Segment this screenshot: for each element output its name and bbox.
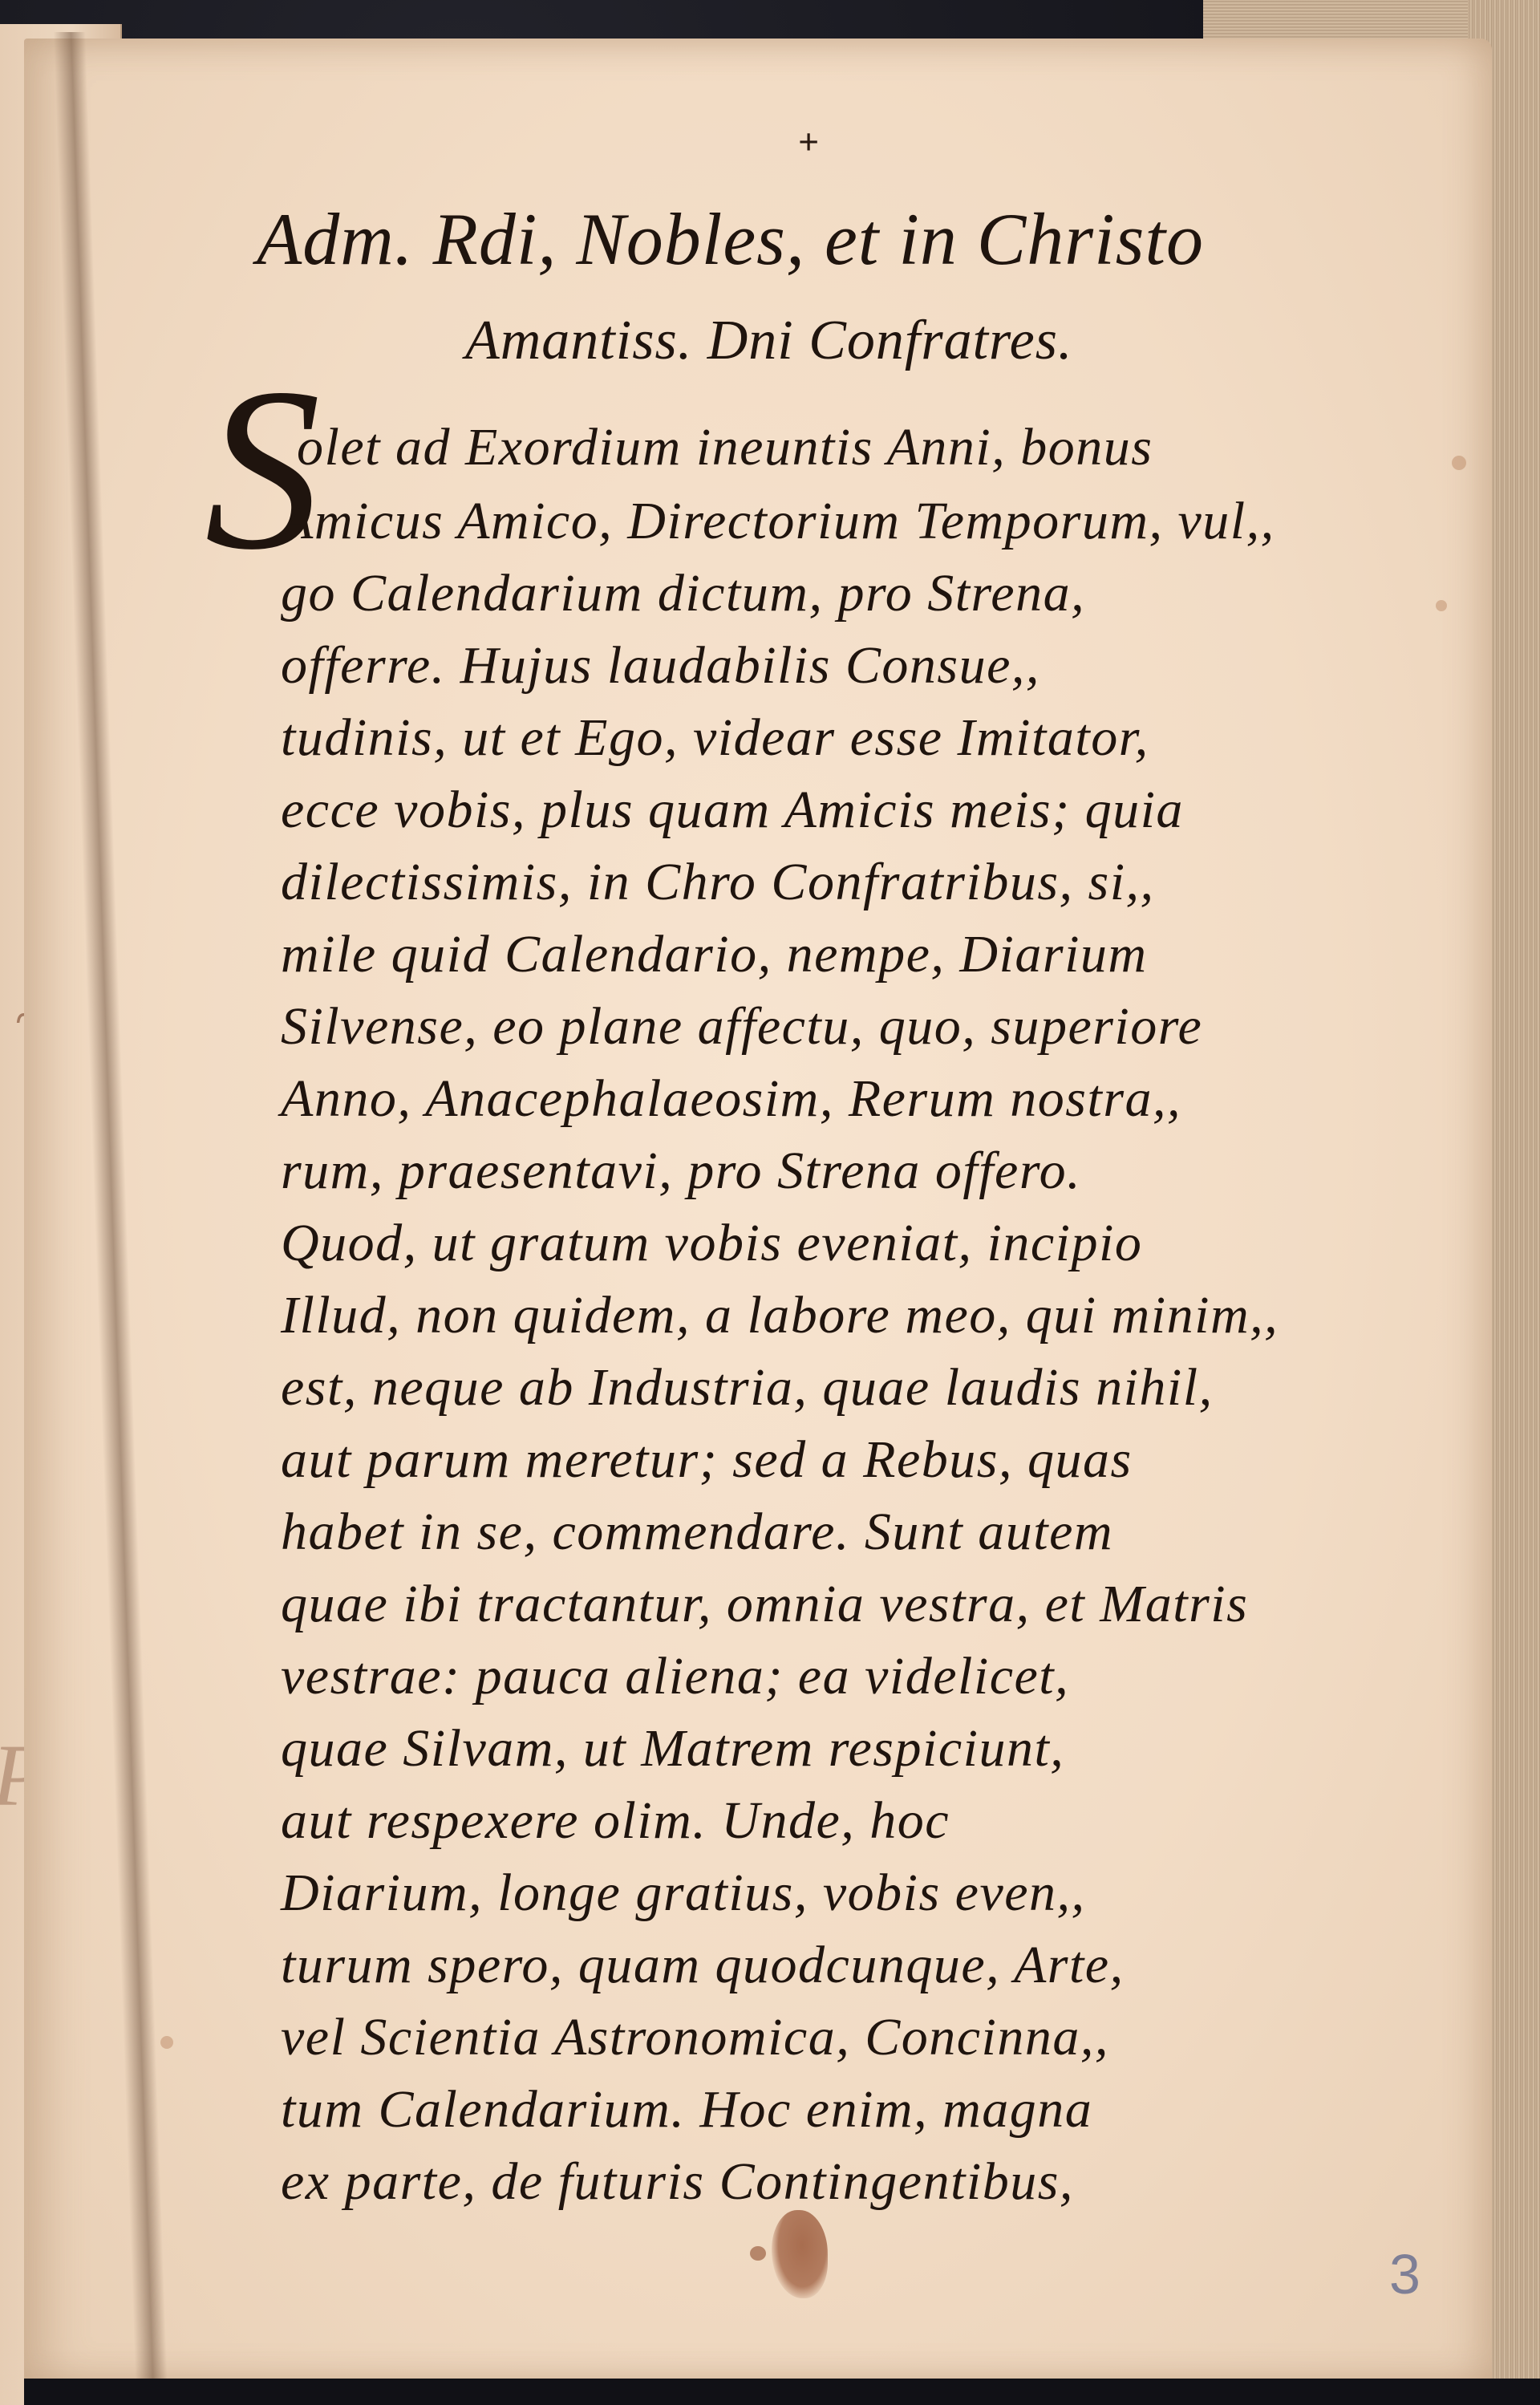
text-line: habet in se, commendare. Sunt autem [281,1502,1113,1563]
text-line: tum Calendarium. Hoc enim, magna [281,2079,1092,2140]
text-line: olet ad Exordium ineuntis Anni, bonus [297,417,1153,478]
text-line: ex parte, de futuris Contingentibus, [281,2152,1074,2212]
foxing-spot [1452,456,1466,470]
text-line: quae Silvam, ut Matrem respiciunt, [281,1718,1064,1779]
folio-number: 3 [1389,2242,1420,2306]
text-line: rum, praesentavi, pro Strena offero. [281,1141,1081,1202]
text-line: offerre. Hujus laudabilis Consue,, [281,635,1040,696]
text-line: aut respexere olim. Unde, hoc [281,1791,950,1851]
text-line: Anno, Anacephalaeosim, Rerum nostra,, [281,1069,1181,1129]
ink-stain-dot [750,2246,766,2261]
text-line: quae ibi tractantur, omnia vestra, et Ma… [281,1574,1248,1635]
text-line: aut parum meretur; sed a Rebus, quas [281,1430,1133,1490]
text-line: turum spero, quam quodcunque, Arte, [281,1935,1125,1996]
foxing-spot [160,2036,173,2049]
text-line: vel Scientia Astronomica, Concinna,, [281,2007,1109,2068]
bottom-background-edge [24,2379,1540,2405]
foxing-spot [1436,600,1447,611]
text-line: tudinis, ut et Ego, videar esse Imitator… [281,708,1149,769]
text-line: dilectissimis, in Chro Confratribus, si,… [281,852,1155,913]
text-line: est, neque ab Industria, quae laudis nih… [281,1357,1214,1418]
text-line: Quod, ut gratum vobis eveniat, incipio [281,1213,1142,1274]
salutation-line-2: Amantiss. Dni Confratres. [465,309,1072,373]
text-line: Amicus Amico, Directorium Temporum, vul,… [281,491,1275,552]
text-line: Illud, non quidem, a labore meo, qui min… [281,1285,1279,1346]
header-cross-mark: + [798,120,819,163]
text-line: Silvense, eo plane affectu, quo, superio… [281,996,1202,1057]
text-line: Diarium, longe gratius, vobis even,, [281,1863,1086,1924]
salutation-line-1: Adm. Rdi, Nobles, et in Christo [257,197,1204,282]
text-line: mile quid Calendario, nempe, Diarium [281,924,1148,985]
text-line: vestrae: pauca aliena; ea videlicet, [281,1646,1069,1707]
text-line: ecce vobis, plus quam Amicis meis; quia [281,780,1184,841]
text-line: go Calendarium dictum, pro Strena, [281,563,1085,624]
